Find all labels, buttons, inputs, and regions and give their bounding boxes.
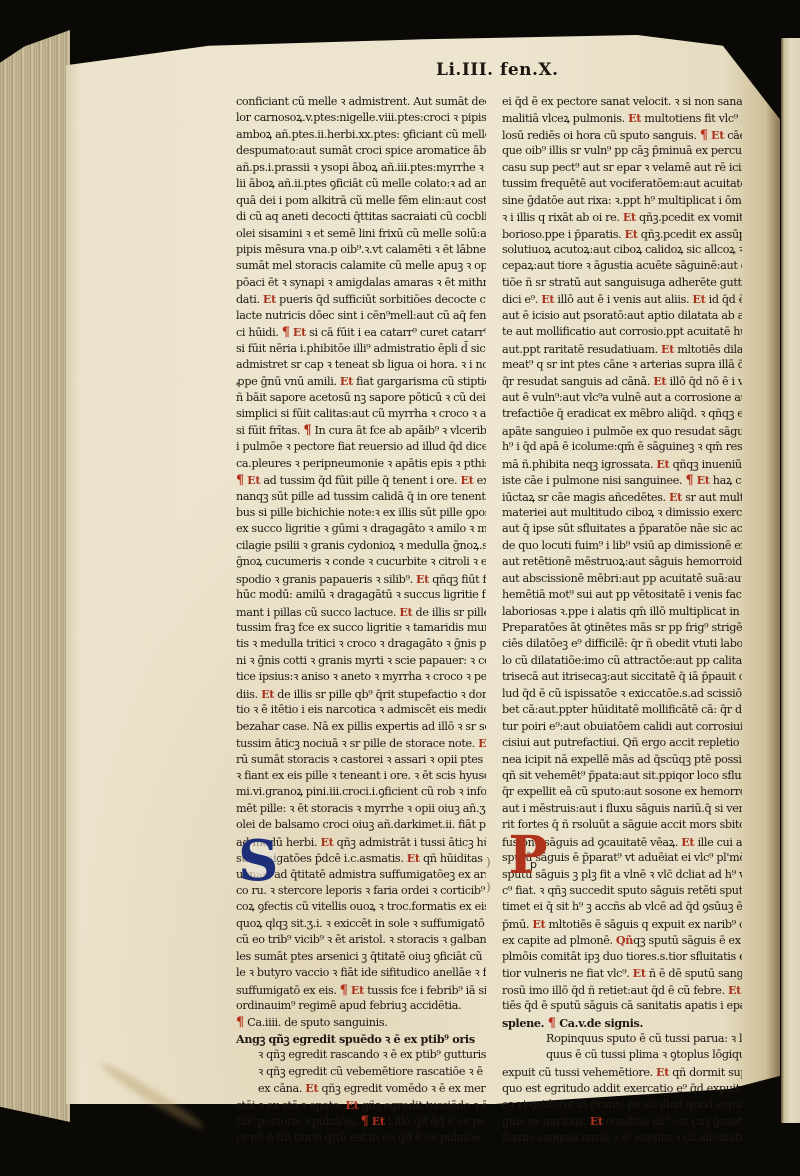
text-line: bus si pille bichichie note:ꝛ ex illis s… (236, 505, 486, 521)
text-line: ḡnoꝝ cucumeris ꝛ conde ꝛ cucurbite ꝛ cit… (236, 554, 486, 570)
text-line: mi.vi.granoꝝ pini.iii.croci.i.ꝯficient c… (236, 784, 486, 800)
text-line: laboriosas ꝛ.ppe i alatis qm̄ illō multi… (502, 604, 742, 620)
text-line: que oib⁹ illis sr vuln⁹ pp cāꝫ p̄minuā e… (502, 143, 742, 159)
text-line: aut ē vuln⁹:aut vlc⁹a vulnē aut a corros… (502, 390, 742, 406)
text-line: suffumigatō ex eis. ¶ Et tussis fce i fe… (236, 982, 486, 998)
text-line: spodio ꝛ granis papaueris ꝛ silib⁹. Et q… (236, 571, 486, 587)
text-line: tussim frequētē aut vociferatōem:aut acu… (502, 176, 742, 192)
text-line: ꝛ i illis q rixāt ab oi re. Et qñꝫ.pcedi… (502, 209, 742, 225)
text-line: ñ bāit sapore acetosū nꝫ sapore pōticū ꝛ… (236, 390, 486, 406)
text-line: solutiuoꝝ acutoꝝ:aut ciboꝝ calidoꝝ sic a… (502, 242, 742, 258)
text-line: si fūit nēria i.phibitōe illi⁹ admistrat… (236, 341, 486, 357)
margin-bracket-mark: ) (486, 880, 491, 894)
text-line: lacte nutricis dōec sint i cēn⁹mell:aut … (236, 308, 486, 324)
text-line: aut q̄ ipse sūt sfluitates a p̄paratōe n… (502, 521, 742, 537)
text-line: ciēs dilatōeꝫ e⁹ difficilē: q̄r ñ obedit… (502, 636, 742, 652)
text-line: quā dei i pom alkitrā cũ melle fēm elin:… (236, 193, 486, 209)
text-line: le ꝛ butyro vaccio ꝛ fiāt ide sifitudico… (236, 965, 486, 981)
text-line: mā ñ.phibita neqꝫ igrossata. Et qñqꝫ inu… (502, 456, 742, 472)
text-line: tis ꝛ medulla tritici ꝛ croco ꝛ dragagāt… (236, 636, 486, 652)
text-line: iūctaꝝ sr cāe magis añcedētes. Et sr aut… (502, 489, 742, 505)
text-line: sumāt mel storacis calamite cũ melle apu… (236, 258, 486, 274)
text-line: dici e⁹. Et illō aut ē i venis aut aliis… (502, 291, 742, 307)
text-line: ci hūidi. ¶ Et si cā fūit i ea catarr⁹ c… (236, 324, 486, 340)
text-line: cisiui aut putrefactiui. Qñ ergo accit r… (502, 735, 742, 751)
text-line: lor carnosoꝝ.v.ptes:nigelle.viii.ptes:cr… (236, 110, 486, 126)
text-line: tib⁹ pectoris ꝛ pulmōis. ¶ Et i illo q̄d… (236, 1113, 486, 1129)
text-line: malitiā vlceꝝ pulmonis. Et multotiens fi… (502, 110, 742, 126)
text-line: hūc modū: amilū ꝛ dragagātū ꝛ succus lig… (236, 587, 486, 603)
text-line: ꝛ qñꝫ egredit cũ vebemētiore rascatiōe ꝛ… (236, 1064, 486, 1080)
text-line: te aut mollificatio aut corrosio.ppt acu… (502, 324, 742, 340)
text-line: stōi ꝛ ex stō ꝛ epate. Et qñꝫ egredit tu… (236, 1097, 486, 1113)
text-line: nea icipit nā expellē mās ad q̄scūqꝫ ptē… (502, 752, 742, 768)
text-line: materiei aut multitudo ciboꝝ ꝛ dimissio … (502, 505, 742, 521)
text-line: quoꝝ qlqꝫ sit.ʒ.i. ꝛ exiccēt in sole ꝛ s… (236, 916, 486, 932)
text-line: ex succo ligritie ꝛ gūmi ꝛ dragagāto ꝛ a… (236, 521, 486, 537)
guide-letter-p: p (530, 858, 537, 871)
text-line: nanqꝫ sūt pille ad tussim calidā q̄ in o… (236, 489, 486, 505)
text-line: meat⁹ q sr int ptes cāne ꝛ arterias supr… (502, 357, 742, 373)
text-line: añ.ps.i.prassii ꝛ ysopi āboꝝ añ.iii.ptes… (236, 160, 486, 176)
text-line: Angꝫ qñꝫ egredit spuēdo ꝛ ē ex ptib⁹ ori… (236, 1031, 486, 1047)
text-line: tiēs q̄d ē sputū sāguis cā sanitatis apa… (502, 998, 742, 1014)
text-line: fluxus sanguis nariū ꝛ e⁹ euentu ꝛ cũ al… (502, 1130, 742, 1146)
text-line: trefactiōe q̄ eradicat ex mēbro aliq̄d. … (502, 406, 742, 422)
text-line: aut abscissionē mēbri:aut pp acuitatē su… (502, 571, 742, 587)
text-line: ei q̄d ē ex pectore sanat velocit. ꝛ si … (502, 94, 742, 110)
text-line: guis ex naribus. Et conditio illi⁹ est c… (502, 1113, 742, 1129)
text-line: ordinauim⁹ regimē apud febriuꝫ accidētia… (236, 998, 486, 1014)
text-line: timet ei q̄ sit h⁹ ꝫ accñs ab vlcē ad q̄… (502, 899, 742, 915)
text-line: bet cā:aut.ppter hūiditatē mollificātē c… (502, 702, 742, 718)
text-line: apāte sanguieo i pulmōe ex quo resudat s… (502, 423, 742, 439)
left-text-column: conficiant cũ melle ꝛ admistrent. Aut su… (236, 94, 486, 1146)
decorated-initial-p: P (506, 832, 550, 880)
text-line: rū sumāt storacis ꝛ castorei ꝛ assari ꝛ … (236, 752, 486, 768)
text-line: despumato:aut sumāt croci spice aromatic… (236, 143, 486, 159)
text-line: aut ē icisio aut psoratō:aut aptio dilat… (502, 308, 742, 324)
text-line: lud q̄d ē cũ ispissatōe ꝛ exiccatōe.s.ad… (502, 686, 742, 702)
text-line: ꝓpe ḡnū vnū amili. Et fiat gargarisma cũ… (236, 373, 486, 389)
text-line: q̄r expellit eā cũ sputo:aut sosone ex h… (502, 784, 742, 800)
text-line: quus ē cũ tussi plima ꝛ ꝯtoplus lōgiqus … (502, 1047, 742, 1063)
text-line: hemētiā mot⁹ sui aut pp vētositatē i ven… (502, 587, 742, 603)
text-line: di cũ aq aneti decocti q̄ttitas sacraiat… (236, 209, 486, 225)
text-line: borioso.ppe i p̄paratis. Et qñꝫ.pcedit e… (502, 226, 742, 242)
text-line: expuit cũ tussi vehemētiore. Et qñ dormi… (502, 1064, 742, 1080)
text-line: mant i pillas cũ succo lactuce. Et de il… (236, 604, 486, 620)
text-line: qñ sit vehemēt⁹ p̄pata:aut sit.ppiqor lo… (502, 768, 742, 784)
text-line: diis. Et de illis sr pille qb⁹ q̄rit stu… (236, 686, 486, 702)
text-line: quo est egritudo addit exercatio e⁹ q̄d … (502, 1080, 742, 1096)
text-line: conficiant cũ melle ꝛ admistrent. Aut su… (236, 94, 486, 110)
text-line: i pulmōe ꝛ pectore fiat reuersio ad illu… (236, 439, 486, 455)
text-line: h⁹ i q̄d apā ē icolume:qm̄ ē sāguineꝫ ꝛ … (502, 439, 742, 455)
text-line: ex capite ad plmonē. Qñqꝫ sputū sāguis ē… (502, 932, 742, 948)
text-line: q̄r resudat sanguis ad cānā. Et illō q̄d… (502, 373, 742, 389)
text-line: lo cũ dilatatiōe:imo cũ attractōe:aut pp… (502, 653, 742, 669)
page-edge-stack (0, 30, 70, 1122)
text-line: casu sup pect⁹ aut sr epar ꝛ velamē aut … (502, 160, 742, 176)
text-line: ¶ Ca.iiii. de sputo sanguinis. (236, 1015, 486, 1031)
text-line: trisecā aut itrisecaꝫ:aut siccitatē q̄ i… (502, 669, 742, 685)
text-line: tio ꝛ ē itētio i eis narcotica ꝛ admiscē… (236, 702, 486, 718)
text-line: losū rediēs oi hora cũ sputo sanguis. ¶ … (502, 127, 742, 143)
text-line: ca.pleures ꝛ peripneumonie ꝛ apātis epis… (236, 456, 486, 472)
text-line: tur poiri e⁹:aut obuiatōem calidi aut co… (502, 719, 742, 735)
text-line: oꝫ vt ꝯsideret in p̄rimis ne sit illud q… (502, 1097, 742, 1113)
text-line: cepaꝝ:aut tiore ꝛ āgustia acuēte sāguinē… (502, 258, 742, 274)
text-line: re nō ē tm̄ tioris q̄ttū est in eo q̄d ē… (236, 1130, 486, 1146)
text-line: ex cāna. Et qñꝫ egredit vomēdo ꝛ ē ex me… (236, 1080, 486, 1096)
text-line: rosū imo illō q̄d ñ retiet:aut q̄d ē cũ … (502, 982, 742, 998)
next-leaf-edge (781, 38, 800, 1123)
text-line: amboꝝ añ.ptes.ii.herbi.xx.ptes: ꝯficiant… (236, 127, 486, 143)
text-line: plmōis comitāt ipꝫ duo tiores.s.tior sfl… (502, 949, 742, 965)
text-line: simplici si fūit calitas:aut cũ myrrha ꝛ… (236, 406, 486, 422)
text-line: tussim fraꝫ fce ex succo ligritie ꝛ tama… (236, 620, 486, 636)
text-line: de quo locuti fuim⁹ i lib⁹ vsiū ap dimis… (502, 538, 742, 554)
text-line: tiōe ñ sr stratū aut sanguisuga adherēte… (502, 275, 742, 291)
text-line: Preparatōes āt ꝯtinētes mās sr pp frig⁹ … (502, 620, 742, 636)
text-line: aut i mēstruis:aut i fluxu sāguis nariū.… (502, 801, 742, 817)
text-line: cilagie psilii ꝛ granis cydonioꝝ ꝛ medul… (236, 538, 486, 554)
text-line: ꝛ qñꝫ egredit rascando ꝛ ē ex ptib⁹ gutt… (236, 1047, 486, 1063)
text-line: aut retētionē mēstruoꝝ:aut sāguis hemorr… (502, 554, 742, 570)
text-line: Ropinquus sputo ē cũ tussi parua: ꝛ long… (502, 1031, 742, 1047)
text-line: lii āboꝝ añ.ii.ptes ꝯficiāt cũ melle col… (236, 176, 486, 192)
text-line: tior vulneris ne fiat vlc⁹. Et ñ ē dē sp… (502, 965, 742, 981)
text-line: les sumāt ptes arsenici ꝫ q̄titatē oiuꝫ … (236, 949, 486, 965)
text-line: dati. Et pueris q̄d sufficiūt sorbitiōes… (236, 291, 486, 307)
text-line: iste cāe i pulmone nisi sanguinee. ¶ Et … (502, 472, 742, 488)
text-line: splene. ¶ Ca.v.de signis. (502, 1015, 742, 1031)
text-line: ꝛ fiant ex eis pille ꝛ teneant i ore. ꝛ … (236, 768, 486, 784)
text-line: aut.ppt raritatē resudatiuam. Et mltotiē… (502, 341, 742, 357)
decorated-initial-s: S (238, 835, 278, 887)
text-line: p̄mū. Et mltotiēs ē sāguis q expuit ex n… (502, 916, 742, 932)
text-line: tussim āticꝫ nociuā ꝛ sr pille de storac… (236, 735, 486, 751)
text-line: pipis mēsura vna.p oib⁹.ꝛ.vt calamēti ꝛ … (236, 242, 486, 258)
text-line: ni ꝛ ḡnis cotti ꝛ granis myrti ꝛ scie pa… (236, 653, 486, 669)
running-headline: Li.III. fen.X. (436, 60, 559, 80)
text-line: tice ipsius:ꝛ aniso ꝛ aneto ꝛ myrrha ꝛ c… (236, 669, 486, 685)
text-line: ¶ Et ad tussim q̄d fūit pille q̄ tenent … (236, 472, 486, 488)
margin-bracket-mark: ) (486, 855, 491, 869)
text-line: bezahar case. Nā ex pillis expertis ad i… (236, 719, 486, 735)
text-line: si fūit frītas. ¶ In cura āt fce ab apāi… (236, 423, 486, 439)
text-line: olei sisamini ꝛ et semē lini frixū cũ me… (236, 226, 486, 242)
text-line: sine ḡdatōe aut rixa: ꝛ.ppt h⁹ multiplic… (502, 193, 742, 209)
right-text-column: ei q̄d ē ex pectore sanat velocit. ꝛ si … (502, 94, 742, 1146)
text-line: mēt pille: ꝛ ēt storacis ꝛ myrrhe ꝛ opii… (236, 801, 486, 817)
text-line: pōaci ēt ꝛ synapi ꝛ amigdalas amaras ꝛ ē… (236, 275, 486, 291)
text-line: cũ eo trib⁹ vicib⁹ ꝛ ēt aristol. ꝛ stora… (236, 932, 486, 948)
text-line: coꝝ ꝯfectis cũ vitellis ouoꝝ ꝛ troc.form… (236, 899, 486, 915)
text-line: admistret sr cap ꝛ teneat sb ligua oi ho… (236, 357, 486, 373)
